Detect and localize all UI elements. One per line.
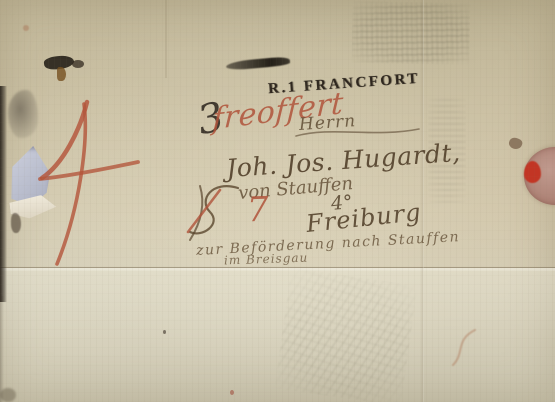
ink-smear-top (226, 56, 291, 71)
pen-flourish (292, 122, 424, 142)
dark-dot-speck (163, 330, 166, 334)
fold-crease-left (165, 0, 167, 78)
clerk-paraph (180, 180, 250, 245)
ink-drip-brown (57, 67, 66, 81)
corner-speck (0, 388, 16, 402)
ink-spot-left (11, 213, 21, 233)
letter-photograph: R.1 FRANCFORT 3 freoffert Herrn Joh. Jos… (0, 0, 555, 402)
fold-crease-vertical (421, 0, 424, 402)
forwarding-note-line2: im Breisgau (224, 251, 309, 268)
stain-squiggle (445, 325, 490, 370)
ink-smudge-left-top-2 (72, 60, 84, 68)
rate-mark-red-crayon-4 (30, 82, 150, 272)
rust-dot (23, 25, 29, 31)
wax-seal-red-spot (524, 161, 541, 183)
showthrough-text-top (351, 1, 470, 65)
paper-edge-shadow-lower (0, 296, 4, 402)
paper-edge-shadow (0, 86, 7, 302)
wax-speck (508, 136, 524, 151)
red-dot-speck (230, 390, 234, 395)
